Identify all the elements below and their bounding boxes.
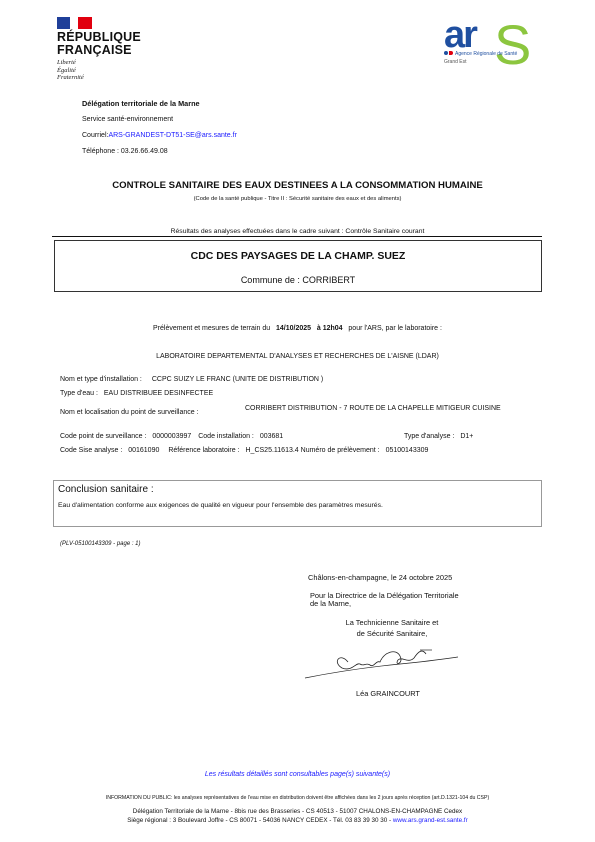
divider [52, 236, 542, 237]
entity-name: CDC DES PAYSAGES DE LA CHAMP. SUEZ [55, 250, 541, 262]
republique-francaise-logo: RÉPUBLIQUE FRANÇAISE Liberté Égalité Fra… [57, 17, 147, 82]
document-title: CONTROLE SANITAIRE DES EAUX DESTINEES A … [0, 180, 595, 191]
entity-box: CDC DES PAYSAGES DE LA CHAMP. SUEZ Commu… [54, 240, 542, 292]
ars-blue-dot-icon [444, 51, 448, 55]
delegation-service: Service santé-environnement [82, 112, 237, 128]
handwritten-signature-icon [300, 640, 460, 685]
signatory-name: Léa GRAINCOURT [356, 689, 420, 698]
place-date: Châlons-en-champagne, le 24 octobre 2025 [308, 573, 452, 582]
conclusion-text: Eau d'alimentation conforme aux exigence… [58, 502, 383, 509]
document-subtitle: (Code de la santé publique - Titre II : … [0, 196, 595, 202]
motto-egalite: Égalité [57, 67, 147, 75]
marianne-flag-icon [57, 17, 92, 29]
ars-region: Grand Est [444, 59, 467, 65]
water-type-row: Type d'eau : EAU DISTRIBUEE DESINFECTEE [60, 390, 213, 397]
conclusion-box: Conclusion sanitaire : Eau d'alimentatio… [53, 480, 542, 527]
ars-letters: ar [444, 18, 476, 52]
installation-row: Nom et type d'installation : CCPC SUIZY … [60, 376, 323, 383]
delegation-block: Délégation territoriale de la Marne Serv… [82, 96, 237, 160]
conclusion-title: Conclusion sanitaire : [58, 484, 154, 495]
for-director: Pour la Directrice de la Délégation Terr… [310, 592, 459, 608]
delegation-phone: Téléphone : 03.26.66.49.08 [82, 144, 237, 160]
website-link[interactable]: www.ars.grand-est.sante.fr [393, 817, 468, 824]
motto-fraternite: Fraternité [57, 74, 147, 82]
ars-logo: ar S Agence Régionale de Santé Grand Est [444, 18, 534, 70]
page-reference: (PLV-05100143309 - page : 1) [60, 541, 141, 547]
ars-subtitle: Agence Régionale de Santé [444, 51, 517, 57]
sampling-time: à 12h04 [317, 325, 343, 332]
sampling-date: 14/10/2025 [276, 325, 311, 332]
footer-hq: Siège régional : 3 Boulevard Joffre - CS… [0, 817, 595, 824]
footer-address: Délégation Territoriale de la Marne - 8b… [0, 808, 595, 815]
footer-public-info: INFORMATION DU PUBLIC: les analyses repr… [0, 795, 595, 801]
email-label: Courriel: [82, 132, 108, 139]
codes-row-2: Code Sise analyse : 00161090 Référence l… [60, 447, 428, 454]
ars-s-letter: S [494, 20, 531, 70]
delegation-title: Délégation territoriale de la Marne [82, 96, 237, 112]
codes-row-1: Code point de surveillance : 0000003997 … [60, 433, 283, 440]
sampling-info: Prélèvement et mesures de terrain du 14/… [0, 325, 595, 332]
rf-title-line2: FRANÇAISE [57, 44, 147, 57]
ars-red-dot-icon [449, 51, 453, 55]
commune-name: Commune de : CORRIBERT [55, 275, 541, 285]
email-link[interactable]: ARS-GRANDEST-DT51-SE@ars.sante.fr [108, 132, 236, 139]
analysis-context: Résultats des analyses effectuées dans l… [0, 228, 595, 235]
delegation-email-row: Courriel:ARS-GRANDEST-DT51-SE@ars.sante.… [82, 128, 237, 144]
laboratory-name: LABORATOIRE DEPARTEMENTAL D'ANALYSES ET … [0, 353, 595, 360]
analysis-type: Type d'analyse : D1+ [404, 433, 473, 440]
motto-liberte: Liberté [57, 59, 147, 67]
rf-motto: Liberté Égalité Fraternité [57, 59, 147, 82]
signatory-role: La Technicienne Sanitaire et de Sécurité… [338, 617, 446, 639]
detailed-results-note[interactable]: Les résultats détaillés sont consultable… [0, 771, 595, 778]
